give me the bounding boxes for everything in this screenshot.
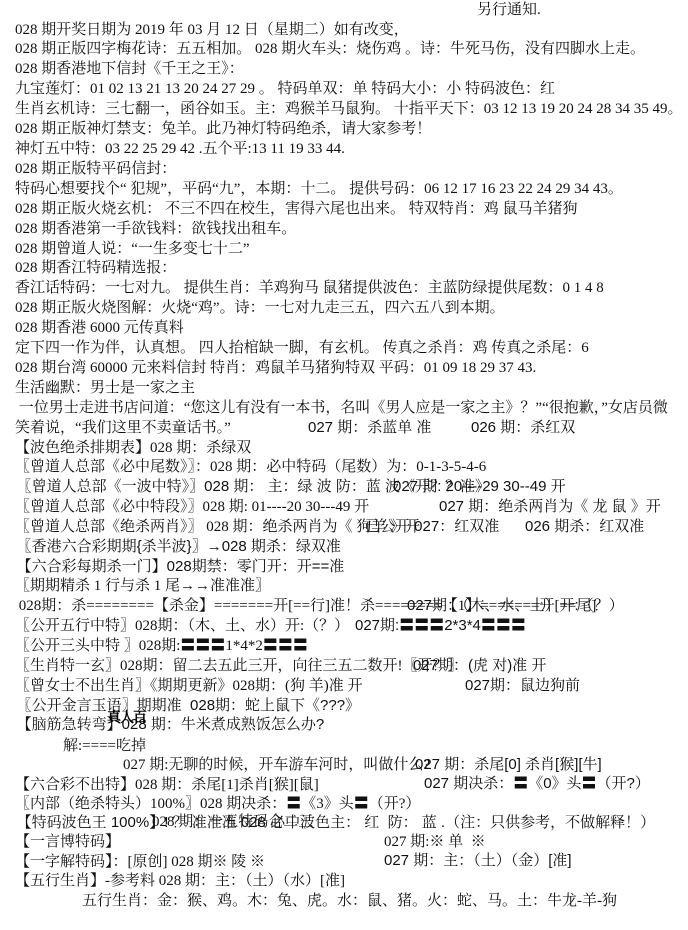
fire-illustration-line: 028 期正版火烧图解：火烧“鸡”。诗：一七对九走三五，四六五八到本期。: [0, 278, 688, 298]
period-027-text: 027 期:※ 单 ※: [384, 832, 486, 852]
five-elements-legend: 五行生肖：金：猴、鸡。木：兔、虎。水：鼠、猪。火：蛇、马。土：牛龙-羊-狗: [67, 871, 688, 891]
period-027-text: 027期：（木、水、土）开:（？）: [407, 596, 624, 616]
period-027-text: 已公开 027：红双准: [365, 517, 499, 537]
period-027-text: 027期:〓〓〓2*3*4〓〓〓: [355, 616, 526, 636]
period-027-text: 027 期：杀蓝单 准: [308, 418, 431, 438]
zeng-daoren-saying-line: 028 期曾道人说：“一生多变七十二”: [0, 219, 688, 239]
draw-date-notice: 028 期开奖日期为 2019 年 03 月 12 日（星期二）如有改变， 另行…: [0, 0, 688, 20]
period-026-text: 026 期：杀红双: [471, 418, 575, 438]
period-027-text: 027 期: 20----29 30--49 开: [393, 477, 566, 497]
humor-title: 生活幽默：男士是一家之主: [0, 358, 688, 378]
three-heads-special: 〖公开三头中特 〗028期:〓〓〓1*4*2〓〓〓 027期:〓〓〓2*3*4〓…: [0, 616, 688, 636]
zeng-one-wave: 〖曾道人总部《一波中特》〗028 期： 主：绿 波 防：蓝 波《开？？准》: [0, 457, 688, 477]
brain-teaser-previous: 027 期:无聊的时候，开车游车河时，叫做什么?: [108, 735, 688, 755]
hk-fax-material-title: 028 期香港 6000 元传真料: [0, 298, 688, 318]
xiangjiang-special-code-line: 香江话特码：一七对九。 提供生肖：羊鸡狗马 鼠猪提供波色：主蓝防绿提供尾数：0 …: [0, 258, 688, 278]
one-word-special: 【一言博特码】 028 期：一五特码合二三: [0, 812, 688, 832]
plum-blossom-poem-line: 028 期正版四字梅花诗：五五相加。 028 期火车头：烧伤鸡 。诗：牛死马伤，…: [0, 19, 688, 39]
fire-mystery-line: 028 期正版火烧玄机： 不三不四在校生，害得六尾也出来。 特双特肖：鸡 鼠马羊…: [0, 179, 688, 199]
lottery-info-page: 028 期开奖日期为 2019 年 03 月 12 日（星期二）如有改变， 另行…: [0, 0, 688, 930]
humor-story-line-1: 一位男士走进书店问道：“您这儿有没有一本书，名叫《男人应是一家之主》？”“很抱歉…: [0, 378, 688, 398]
no-special-kill: 【六合彩不出特】028 期：杀尾[1]杀肖[猴][鼠] 027 期：杀尾[0] …: [0, 755, 688, 775]
period-027-text: 027 期决杀：〓《0》头〓（开?）: [424, 774, 650, 794]
wave-color-kill-schedule: 【波色绝杀排期表】028 期：杀绿双 027 期：杀蓝单 准 026 期：杀红双: [0, 418, 688, 438]
line-text: 五行生肖：金：猴、鸡。木：兔、虎。水：鼠、猪。火：蛇、马。土：牛龙-羊-狗: [82, 893, 617, 909]
period-027-text: 027期：(虎 对)准 开: [413, 656, 546, 676]
zeng-kill-two-zodiacs: 〖曾道人总部《绝杀两肖》〗 028 期：绝杀两肖为《 狗羊 》开 027 期：绝…: [0, 497, 688, 517]
brain-teaser-question: 【脑筋急转弯】028 期：牛米煮成熟饭怎么办?: [0, 695, 688, 715]
five-elements-zodiac: 【五行生肖】-参考料 028 期：主：（土）（水）[准] 027 期：主：（土）…: [0, 851, 688, 871]
kill-one-door: 【六合彩每期杀一门】028期禁：零门开：开==准: [0, 537, 688, 557]
watermark-overlay: 真人百: [107, 711, 146, 725]
period-027-text: 027 期：主：（土）（金）[准]: [384, 851, 572, 871]
zeng-tail-numbers: 〖曾道人总部《必中尾数》〗：028 期：必中特码（尾数）为：0-1-3-5-4-…: [0, 437, 688, 457]
golden-words: 〖公开金言玉语〗期期准 028期：蛇上鼠下《???》 027期：鼠边狗前: [0, 676, 688, 696]
nine-lotus-lamp-line: 九宝莲灯：01 02 13 21 13 20 24 27 29 。 特码单双：单…: [0, 59, 688, 79]
notice-suffix: 另行通知.: [477, 0, 541, 20]
zeng-special-range: 〖曾道人总部《必中特段》〗028 期: 01----20 30---49 开 0…: [0, 477, 688, 497]
first-hand-material-line: 028 期香港第一手欲钱料：欲钱找出租车。: [0, 199, 688, 219]
lamp-five-picks-line: 神灯五中特：03 22 25 29 42 .五个平:13 11 19 33 44…: [0, 119, 688, 139]
xiangjiang-selection-title: 028 期香江特码精选报：: [0, 238, 688, 258]
period-028-text: 028 期：一五特码合二三: [152, 812, 313, 832]
internal-kill-head: 〖内部（绝杀特头）100%〗028 期决杀：〓《3》头〓（开?） 027 期决杀…: [0, 774, 688, 794]
taiwan-envelope-line: 028 期台湾 60000 元来料信封 特肖：鸡鼠羊马猪狗特双 平码：01 09…: [0, 338, 688, 358]
wave-color-king: 【特码波色王 100%】! ？ 准准准 028 必中波色主： 红 防： 蓝 .（…: [0, 793, 688, 813]
humor-story-line-2: 笑着说，“我们这里不卖童话书。”: [0, 398, 688, 418]
kill-row-and-tail-title: 〖期期精杀 1 行与杀 1 尾→→准准准〗: [0, 556, 688, 576]
kill-row-and-tail-line: 028期：杀========【杀金】=======开[==行]准！杀======…: [0, 576, 688, 596]
zodiac-riddle: 〖生肖特一玄〗028期：留二去五此三开，向往三五二数开!〖开？〗: [0, 636, 688, 656]
period-027-text: 027期：鼠边狗前: [465, 676, 580, 696]
fax-material-line: 定下四一作为伴，认真想。 四人抬棺缺一脚，有玄机。 传真之杀肖：鸡 传真之杀尾：…: [0, 318, 688, 338]
hk-kill-half-wave: 〖香港六合彩期期{杀半波}〗→028 期杀：绿双准 已公开 027：红双准 02…: [0, 517, 688, 537]
zodiac-mystery-poem-line: 生肖玄机诗：三七翻一，函谷如玉。主：鸡猴羊马鼠狗。 十指平天下：03 12 13…: [0, 79, 688, 99]
five-elements-special: 〖公开五行中特〗028期：（木、土、水）开:（？） 027期：（木、水、土）开:…: [0, 596, 688, 616]
period-027-text: 027 期：绝杀两肖为《 龙 鼠 》开: [439, 497, 661, 517]
hk-underground-envelope-title: 028 期香港地下信封《千王之王》：: [0, 39, 688, 59]
period-027-text: 027 期：杀尾[0] 杀肖[猴][牛]: [415, 755, 602, 775]
one-char-special: 【一字解特码】：[原创] 028 期※ 陵 ※ 027 期:※ 单 ※: [0, 832, 688, 852]
period-026-text: 026 期杀：红双准: [525, 517, 644, 537]
special-regular-envelope-title: 028 期正版特平码信封：: [0, 139, 688, 159]
ms-zeng-zodiacs: 〖曾女士不出生肖〗《期期更新》028期：(狗 羊)准 开 027期：(虎 对)准…: [0, 656, 688, 676]
special-code-riddle-line: 特码心想要找个“ 犯规”，平码“九”，本期：十二。 提供号码：06 12 17 …: [0, 159, 688, 179]
lamp-forbidden-branch-line: 028 期正版神灯禁支：兔羊。此乃神灯特码绝杀，请大家参考！: [0, 99, 688, 119]
